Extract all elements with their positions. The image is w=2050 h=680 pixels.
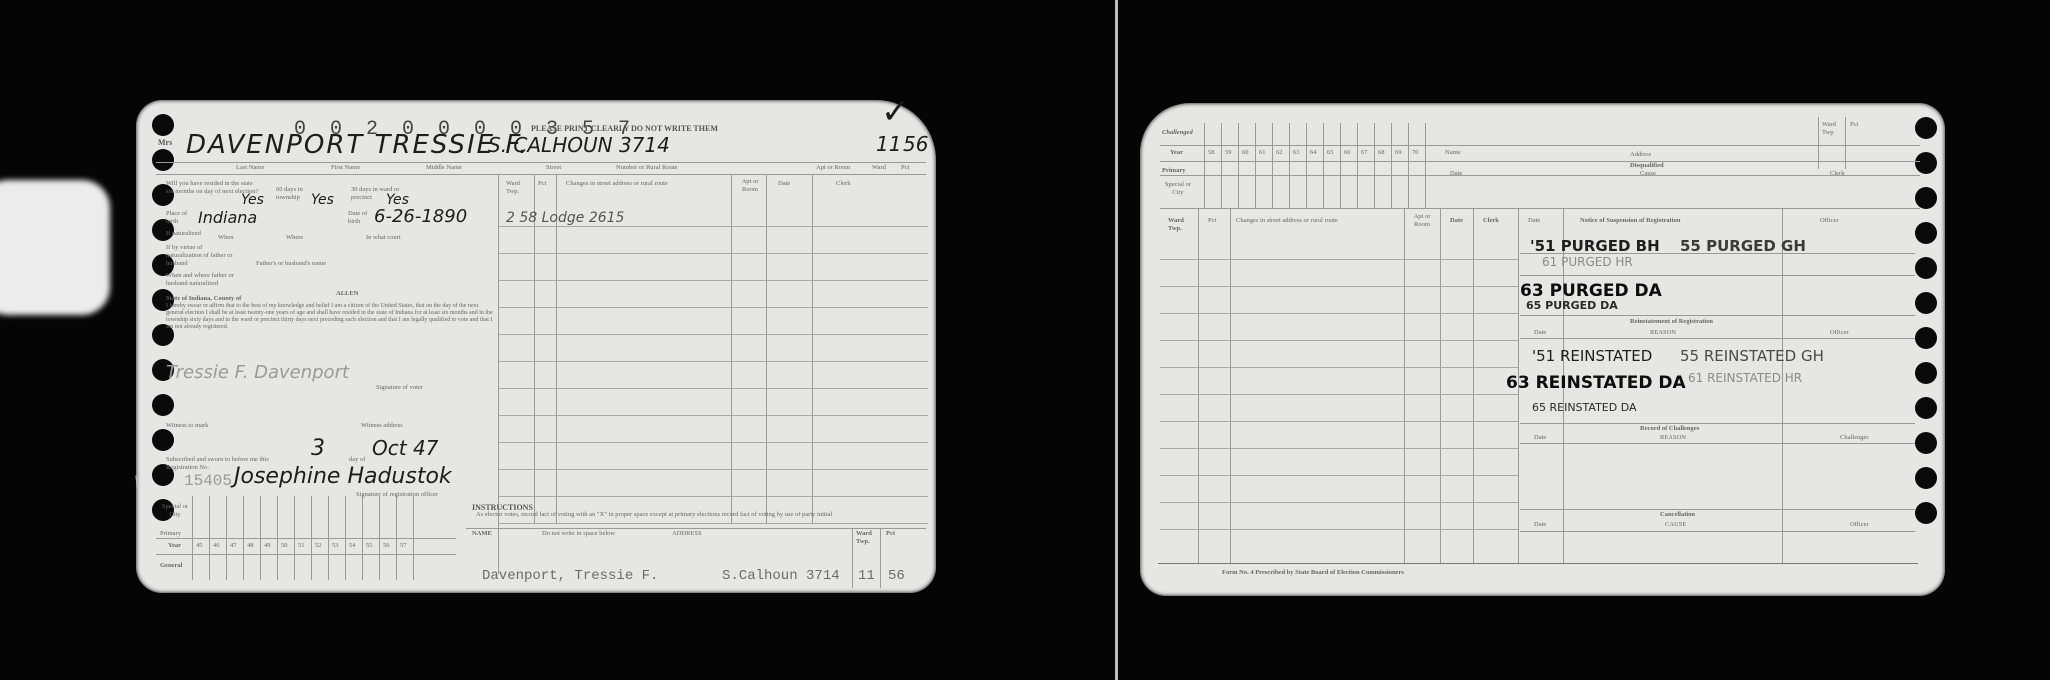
typed-name: Davenport, Tressie F. bbox=[482, 568, 658, 584]
footer-pct-header: Pct bbox=[886, 530, 895, 538]
year-cell: 64 bbox=[1306, 123, 1323, 209]
rule bbox=[1160, 175, 1920, 176]
rule bbox=[1158, 563, 1918, 564]
reinstatement-stamp: 55 REINSTATED GH bbox=[1680, 347, 1824, 365]
row-primary: Primary bbox=[160, 530, 181, 538]
subscribed-label: Subscribed and sworn to before me this bbox=[166, 456, 269, 464]
label-apt: Apt or Room bbox=[816, 164, 850, 172]
registration-no-label: Registration No. bbox=[166, 464, 209, 472]
check-mark-icon: ✓ bbox=[881, 92, 910, 132]
rule bbox=[1520, 531, 1915, 532]
day-of-label: day of bbox=[349, 456, 365, 464]
row-primary: Primary bbox=[1162, 167, 1185, 175]
punch-hole bbox=[1915, 327, 1937, 349]
reinstatement-stamp: '51 REINSTATED bbox=[1532, 347, 1652, 365]
typed-ward: 11 bbox=[858, 568, 875, 584]
year-cell: 58 bbox=[1204, 123, 1221, 209]
footer-ward-header: Ward Twp. bbox=[856, 530, 876, 546]
precinct-value: 56 bbox=[903, 132, 928, 156]
suspension-stamp: 63 PURGED DA bbox=[1520, 281, 1662, 301]
voter-signature: Tressie F. Davenport bbox=[166, 362, 349, 383]
row-year: Year bbox=[168, 542, 181, 550]
birthplace-label: Place of birth bbox=[166, 210, 196, 226]
court-label: In what court bbox=[366, 234, 401, 242]
label-disqualified: Disqualified bbox=[1630, 162, 1664, 170]
rule bbox=[1160, 161, 1920, 162]
label-pct: Pct bbox=[1850, 121, 1858, 129]
cancellation-date-header: Date bbox=[1534, 521, 1546, 529]
reinstatement-stamp: 65 REINSTATED DA bbox=[1532, 401, 1637, 414]
reinstatement-officer-header: Officer bbox=[1830, 329, 1849, 337]
where-label: Where bbox=[286, 234, 303, 242]
row-special: Special or City bbox=[160, 503, 190, 519]
rule bbox=[1160, 145, 1920, 146]
year-cell: 68 bbox=[1374, 123, 1391, 209]
residence-answer: Yes bbox=[241, 192, 264, 208]
side-mark: \ bbox=[134, 472, 139, 491]
cancellation-officer-header: Officer bbox=[1850, 521, 1869, 529]
changes-grid bbox=[1160, 233, 1518, 553]
label-middle-name: Middle Name bbox=[426, 164, 462, 172]
street-address: S. CALHOUN 3714 bbox=[488, 133, 670, 157]
label-address: Address bbox=[1630, 151, 1651, 159]
punch-holes bbox=[1915, 117, 1937, 524]
punch-hole bbox=[152, 149, 174, 171]
reinstatement-stamp: 63 REINSTATED DA bbox=[1506, 373, 1686, 393]
print-instruction: PLEASE PRINT CLEARLY DO NOT WRITE THEM bbox=[531, 124, 718, 133]
rule bbox=[1520, 509, 1915, 510]
header-clerk: Clerk bbox=[836, 180, 850, 188]
label-last-name: Last Name bbox=[236, 164, 264, 172]
frame-divider bbox=[1115, 0, 1118, 680]
cancellation-cause-header: CAUSE bbox=[1665, 521, 1686, 529]
rule bbox=[156, 538, 456, 539]
birthdate-value: 6-26-1890 bbox=[374, 206, 467, 227]
punch-hole bbox=[152, 429, 174, 451]
rule bbox=[1520, 423, 1915, 424]
header-pct: Pct bbox=[538, 180, 546, 188]
year-cell: 69 bbox=[1391, 123, 1408, 209]
witness-mark-label: Witness to mark bbox=[166, 422, 208, 430]
punch-hole bbox=[152, 114, 174, 136]
year-cell: 63 bbox=[1289, 123, 1306, 209]
challenges-title: Record of Challenges bbox=[1640, 425, 1699, 433]
header-date: Date bbox=[1450, 217, 1463, 225]
father-husband-label: If by virtue of naturalization of father… bbox=[166, 244, 236, 268]
header-apt: Apt or Room bbox=[736, 178, 764, 194]
row-year: Year bbox=[1170, 149, 1183, 157]
punch-hole bbox=[1915, 292, 1937, 314]
birthplace-value: Indiana bbox=[198, 208, 257, 227]
witness-address-label: Witness address bbox=[361, 422, 403, 430]
punch-hole bbox=[1915, 362, 1937, 384]
footer-no-write: Do not write in space below bbox=[542, 530, 615, 538]
typed-precinct: 56 bbox=[888, 568, 905, 584]
registration-card-front: 0 0 2 0 0 0 0 3 5 7 PLEASE PRINT CLEARLY… bbox=[136, 100, 936, 593]
suspension-title: Notice of Suspension of Registration bbox=[1580, 217, 1680, 225]
subscribed-day: 3 bbox=[311, 436, 325, 461]
suspension-stamp: 65 PURGED DA bbox=[1526, 299, 1618, 312]
registration-card-back: Challenged Year Primary Special or City … bbox=[1140, 103, 1945, 596]
township-answer: Yes bbox=[311, 192, 334, 208]
header-ward-twp: Ward Twp. bbox=[506, 180, 531, 196]
rule bbox=[1520, 338, 1915, 339]
suspension-stamp: 61 PURGED HR bbox=[1542, 255, 1633, 269]
punch-hole bbox=[1915, 397, 1937, 419]
county-value: ALLEN bbox=[336, 290, 358, 298]
punch-hole bbox=[152, 394, 174, 416]
rule bbox=[1520, 443, 1915, 444]
signature-voter-label: Signature of voter bbox=[376, 384, 423, 392]
reinstatement-title: Reinstatement of Registration bbox=[1630, 318, 1713, 326]
footer-address-header: ADDRESS bbox=[672, 530, 702, 538]
punch-hole bbox=[1915, 257, 1937, 279]
instructions-text: As elector votes, record fact of voting … bbox=[476, 511, 896, 519]
subscribed-month-year: Oct 47 bbox=[372, 436, 438, 460]
officer-signature: Josephine Hadustok bbox=[234, 464, 452, 489]
label-date: Date bbox=[1450, 170, 1462, 178]
row-general: General bbox=[160, 562, 182, 570]
challenges-reason-header: REASON bbox=[1660, 434, 1686, 442]
label-cause: Cause bbox=[1640, 170, 1656, 178]
header-date: Date bbox=[778, 180, 790, 188]
when-where-label: When and where father or husband natural… bbox=[166, 272, 256, 288]
punch-hole bbox=[1915, 187, 1937, 209]
rule bbox=[1818, 117, 1819, 169]
reinstatement-stamp: 61 REINSTATED HR bbox=[1688, 371, 1802, 385]
year-cell: 65 bbox=[1323, 123, 1340, 209]
punch-hole bbox=[1915, 467, 1937, 489]
punch-hole bbox=[1915, 502, 1937, 524]
rule bbox=[466, 528, 926, 529]
header-apt: Apt or Room bbox=[1408, 213, 1436, 229]
ward-value: 11 bbox=[876, 132, 901, 156]
rule bbox=[1520, 315, 1915, 316]
punch-hole bbox=[1915, 117, 1937, 139]
punch-hole bbox=[1915, 432, 1937, 454]
challenges-challenger-header: Challenger bbox=[1840, 434, 1869, 442]
rule bbox=[156, 162, 926, 163]
voter-name: DAVENPORT TRESSIE F. bbox=[186, 130, 529, 160]
cancellation-title: Cancellation bbox=[1660, 511, 1695, 519]
year-cell: 61 bbox=[1255, 123, 1272, 209]
when-label: When bbox=[218, 234, 234, 242]
header-pct: Pct bbox=[1208, 217, 1216, 225]
year-cell: 59 bbox=[1221, 123, 1238, 209]
year-cell: 66 bbox=[1340, 123, 1357, 209]
rule bbox=[1845, 117, 1846, 169]
punch-hole bbox=[1915, 152, 1937, 174]
reinstatement-reason-header: REASON bbox=[1650, 329, 1676, 337]
label-street: Street bbox=[546, 164, 561, 172]
reinstatement-date-header: Date bbox=[1534, 329, 1546, 337]
suspension-date-header: Date bbox=[1528, 217, 1540, 225]
punch-hole bbox=[1915, 222, 1937, 244]
year-cell: 62 bbox=[1272, 123, 1289, 209]
label-ward-twp: Ward Twp bbox=[1822, 121, 1842, 137]
year-cell: 70 bbox=[1408, 123, 1426, 209]
title-prefix: Mrs bbox=[158, 138, 172, 147]
row-challenged: Challenged bbox=[1162, 129, 1193, 137]
label-first-name: First Name bbox=[331, 164, 360, 172]
rule bbox=[1520, 275, 1915, 276]
registration-no: 15405 bbox=[184, 472, 232, 490]
changes-grid bbox=[498, 200, 928, 530]
rule bbox=[1520, 253, 1915, 254]
header-ward-twp: Ward Twp. bbox=[1168, 217, 1190, 233]
label-clerk: Clerk bbox=[1830, 170, 1844, 178]
label-name: Name bbox=[1445, 149, 1461, 157]
header-changes: Changes in street address or rural route bbox=[566, 180, 668, 188]
form-footer: Form No. 4 Prescribed by State Board of … bbox=[1222, 569, 1404, 577]
suspension-officer-header: Officer bbox=[1820, 217, 1839, 225]
label-ward: Ward bbox=[872, 164, 886, 172]
label-pct: Pct bbox=[901, 164, 909, 172]
father-husband-name-label: Father's or husband's name bbox=[256, 260, 326, 268]
rule bbox=[156, 174, 926, 175]
film-artifact bbox=[0, 180, 110, 315]
label-number: Number or Rural Route bbox=[616, 164, 678, 172]
rule bbox=[156, 554, 456, 555]
header-changes: Changes in street address or rural route bbox=[1236, 217, 1338, 225]
row-special-city: Special or City bbox=[1164, 181, 1192, 197]
oath-text: I hereby swear or affirm that to the bes… bbox=[166, 303, 496, 331]
year-cell: 67 bbox=[1357, 123, 1374, 209]
footer-name-header: NAME bbox=[472, 530, 492, 538]
voting-year-grid-back: 58 59 60 61 62 63 64 65 66 67 68 69 70 bbox=[1204, 123, 1426, 209]
rule bbox=[880, 528, 881, 588]
naturalized-label: If naturalized bbox=[166, 230, 201, 238]
header-clerk: Clerk bbox=[1483, 217, 1499, 225]
rule bbox=[852, 528, 853, 588]
rule bbox=[1160, 208, 1920, 209]
year-cell: 60 bbox=[1238, 123, 1255, 209]
challenges-date-header: Date bbox=[1534, 434, 1546, 442]
typed-address: S.Calhoun 3714 bbox=[722, 568, 840, 584]
state-line: State of Indiana, County of bbox=[166, 295, 241, 303]
